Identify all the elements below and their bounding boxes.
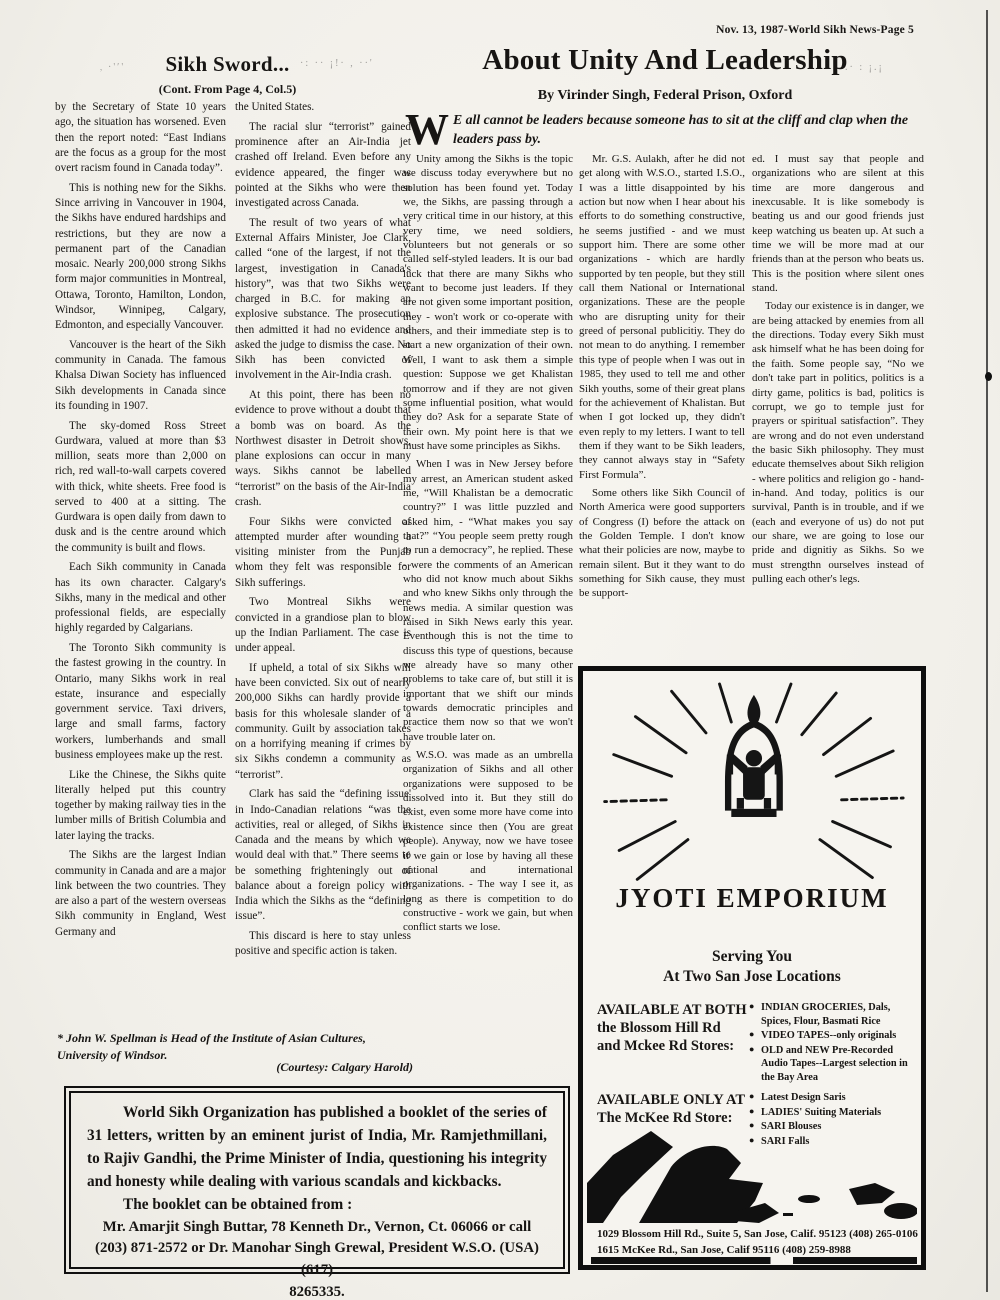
paragraph: the Blossom Hill Rd	[597, 1019, 749, 1037]
booklet-body: World Sikh Organization has published a …	[87, 1102, 547, 1194]
paragraph: At Two San Jose Locations	[583, 967, 921, 987]
paragraph: 1029 Blossom Hill Rd., Suite 5, San Jose…	[597, 1227, 917, 1243]
booklet-obtain-line: The booklet can be obtained from :	[87, 1194, 547, 1217]
paragraph: ed. I must say that people and organizat…	[752, 152, 924, 295]
main-article-lede: WE all cannot be leaders because someone…	[405, 110, 915, 149]
booklet-contact: Mr. Amarjit Singh Buttar, 78 Kenneth Dr.…	[87, 1217, 547, 1281]
paragraph: The racial slur “terrorist” gained promi…	[235, 120, 411, 212]
main-article-byline: By Virinder Singh, Federal Prison, Oxfor…	[420, 88, 910, 104]
paragraph: Serving You	[583, 947, 921, 967]
paragraph: The Toronto Sikh community is the fastes…	[55, 641, 226, 763]
main-article-column-2: Mr. G.S. Aulakh, after he did not get al…	[579, 152, 745, 657]
paragraph: Like the Chinese, the Sikhs quite litera…	[55, 768, 226, 844]
paragraph: by the Secretary of State 10 years ago, …	[55, 100, 226, 176]
paragraph: At this point, there has been no evidenc…	[235, 388, 411, 510]
masthead-dateline: Nov. 13, 1987-World Sikh News-Page 5	[716, 24, 914, 36]
main-article-column-3: ed. I must say that people and organizat…	[752, 152, 924, 657]
paragraph: and Mckee Rd Stores:	[597, 1037, 749, 1055]
paragraph: Today our existence is in danger, we are…	[752, 299, 924, 586]
booklet-notice-box: World Sikh Organization has published a …	[64, 1086, 570, 1274]
list-item: VIDEO TAPES--only originals	[749, 1029, 913, 1043]
jyoti-emporium-ad: JYOTI EMPORIUM Serving YouAt Two San Jos…	[578, 666, 926, 1270]
left-article-continuation: (Cont. From Page 4, Col.5)	[55, 82, 400, 97]
list-item: OLD and NEW Pre-Recorded Audio Tapes--La…	[749, 1044, 913, 1085]
paragraph: Each Sikh community in Canada has its ow…	[55, 560, 226, 636]
paragraph: the United States.	[235, 100, 411, 115]
sunburst-logo-icon	[583, 675, 923, 883]
paragraph: W.S.O. was made as an umbrella organizat…	[403, 748, 573, 934]
paragraph: This is nothing new for the Sikhs. Since…	[55, 181, 226, 334]
ad-title: JYOTI EMPORIUM	[583, 883, 921, 914]
paragraph: This discard is here to stay unless posi…	[235, 929, 411, 960]
paragraph: Four Sikhs were convicted of attempted m…	[235, 515, 411, 591]
left-article-column-2: the United States.The racial slur “terro…	[235, 100, 411, 1018]
paragraph: Mr. G.S. Aulakh, after he did not get al…	[579, 152, 745, 482]
paragraph: When I was in New Jersey before my arres…	[403, 457, 573, 744]
paragraph: Clark has said the “defining issue' in I…	[235, 787, 411, 924]
dropcap-letter: W	[405, 110, 453, 147]
page-edge-rule	[986, 10, 988, 1292]
booklet-phone: 8265335.	[87, 1281, 547, 1300]
ad-tagline: Serving YouAt Two San Jose Locations	[583, 947, 921, 987]
paragraph: Vancouver is the heart of the Sikh commu…	[55, 338, 226, 414]
paragraph: If upheld, a total of six Sikhs will hav…	[235, 661, 411, 783]
list-item: INDIAN GROCERIES, Dals, Spices, Flour, B…	[749, 1001, 913, 1028]
paragraph: AVAILABLE AT BOTH	[597, 1001, 749, 1019]
paragraph: AVAILABLE ONLY AT	[597, 1091, 749, 1109]
left-article-title: Sikh Sword...	[55, 52, 400, 77]
paragraph: The result of two years of what External…	[235, 216, 411, 384]
ad-both-heading: AVAILABLE AT BOTHthe Blossom Hill Rdand …	[597, 1001, 749, 1085]
ad-bottom-bar	[591, 1257, 917, 1264]
paragraph: Unity among the Sikhs is the topic we di…	[403, 152, 573, 453]
mountains-illustration	[587, 1119, 917, 1223]
newspaper-page: Nov. 13, 1987-World Sikh News-Page 5 ﹐·'…	[0, 0, 1000, 1300]
scan-dot	[985, 372, 992, 381]
left-article-column-1: by the Secretary of State 10 years ago, …	[55, 100, 226, 1018]
main-article-title: About Unity And Leadership	[420, 44, 910, 77]
paragraph: The Sikhs are the largest Indian communi…	[55, 848, 226, 940]
paragraph: Some others like Sikh Council of North A…	[579, 486, 745, 601]
ad-addresses: 1029 Blossom Hill Rd., Suite 5, San Jose…	[597, 1227, 917, 1259]
main-article-column-1: Unity among the Sikhs is the topic we di…	[403, 152, 573, 1078]
lede-text: E all cannot be leaders because someone …	[453, 112, 908, 146]
left-article-courtesy: (Courtesy: Calgary Harold)	[57, 1060, 413, 1075]
list-item: Latest Design Saris	[749, 1091, 913, 1105]
list-item: LADIES' Suiting Materials	[749, 1106, 913, 1120]
paragraph: The sky-domed Ross Street Gurdwara, valu…	[55, 419, 226, 556]
paragraph: Two Montreal Sikhs were convicted in a g…	[235, 595, 411, 656]
ad-availability-both: AVAILABLE AT BOTHthe Blossom Hill Rdand …	[597, 1001, 913, 1085]
ad-both-items: INDIAN GROCERIES, Dals, Spices, Flour, B…	[749, 1001, 913, 1085]
